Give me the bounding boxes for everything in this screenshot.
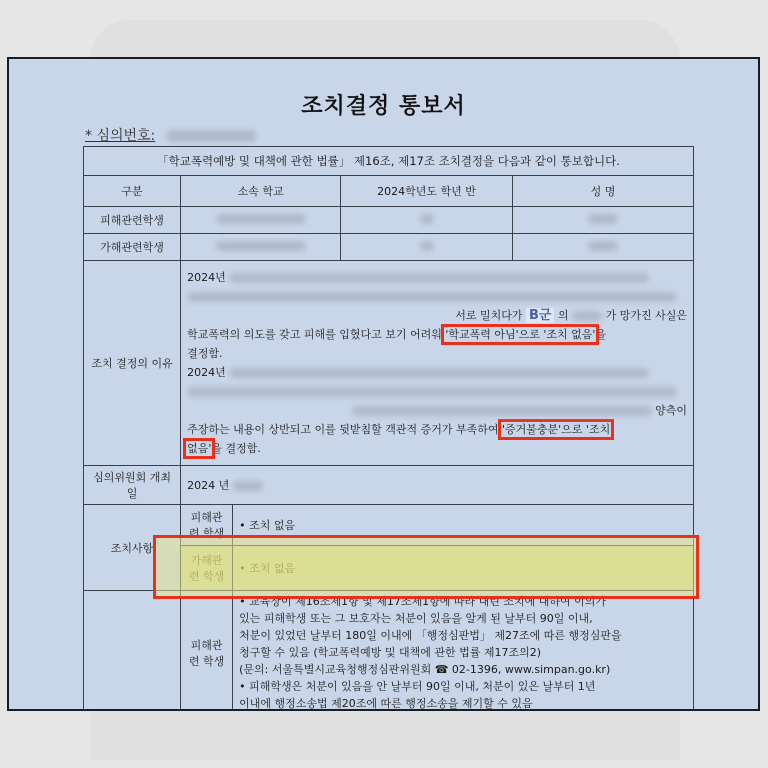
reason1-year: 2024년 <box>187 271 226 284</box>
case-number-label: * 심의번호: <box>85 128 155 144</box>
document-title: 조치결정 통보서 <box>9 89 758 120</box>
redacted-case-number <box>166 130 256 142</box>
appeal-line: 있는 피해학생 또는 그 보호자는 처분이 있음을 알게 된 날부터 90일 이… <box>239 610 687 627</box>
reason-label: 조치 결정의 이유 <box>84 261 181 466</box>
meeting-date: 2024 년 <box>187 479 229 492</box>
reason-text: 2024년 서로 밀치다가 B군 의 가 망가진 사실은 학교폭력의 의도를 갖… <box>181 261 694 466</box>
appeal-line: (문의: 서울특별시교육청행정심판위원회 ☎ 02-1396, www.simp… <box>239 661 687 678</box>
document-photo: 조치결정 통보서 * 심의번호: 「학교폭력예방 및 대책에 관한 법률」 제1… <box>7 57 760 711</box>
redacted-name <box>588 241 618 251</box>
row-offender-label: 가해관련학생 <box>84 234 181 261</box>
highlight-insufficient-evidence: '증거불충분'으로 '조치 <box>502 423 610 436</box>
reason2-text-3: 을 결정함. <box>211 442 261 455</box>
highlight-no-action: 없음' <box>187 442 211 455</box>
intro-text: 「학교폭력예방 및 대책에 관한 법률」 제16조, 제17조 조치결정을 다음… <box>84 147 694 176</box>
reason1-text-a: 서로 밀치다가 <box>455 309 522 322</box>
appeal-line: 이내에 행정소송법 제20조에 따른 행정소송을 제기할 수 있음 <box>239 695 687 711</box>
header-school: 소속 학교 <box>181 176 341 207</box>
header-name: 성 명 <box>513 176 694 207</box>
header-grade-class: 2024학년도 학년 반 <box>341 176 513 207</box>
redacted-date <box>233 481 263 491</box>
reason2-year: 2024년 <box>187 366 226 379</box>
header-category: 구분 <box>84 176 181 207</box>
reason2-text-a: 양측이 <box>655 404 687 417</box>
redacted-name <box>588 214 618 224</box>
reason1-text-2: 학교폭력의 의도를 갖고 피해를 입혔다고 보기 어려워 <box>187 328 442 341</box>
offender-measure-highlight <box>153 535 699 599</box>
appeal-notice: • 교육장이 제16조제1항 및 제17조제1항에 따라 내린 조치에 대하여 … <box>233 591 694 712</box>
appeal-line: 처분이 있었던 날부터 180일 이내에 「행정심판법」 제27조에 따른 행정… <box>239 627 687 644</box>
reason1-text-c: 가 망가진 사실은 <box>606 309 687 322</box>
highlight-not-violence: '학교폭력 아님'으로 '조치 없음' <box>445 328 595 341</box>
reason1-text-b: 의 <box>558 309 569 322</box>
reason1-text-3: 결정함. <box>187 344 687 363</box>
appeal-line: • 피해학생은 처분이 있음을 안 날부터 90일 이내, 처분이 있은 날부터… <box>239 678 687 695</box>
reason2-text-2: 주장하는 내용이 상반되고 이를 뒷받침할 객관적 증거가 부족하여 <box>187 423 498 436</box>
row-victim-label: 피해관련학생 <box>84 207 181 234</box>
meeting-label: 심의위원회 개최일 <box>84 466 181 505</box>
redacted-school <box>216 241 306 251</box>
appeal-label: 피해관련 학생 <box>181 591 233 712</box>
redacted-grade <box>420 214 434 224</box>
reason1-text-2-end: 을 <box>595 328 606 341</box>
case-number: * 심의번호: <box>85 125 256 145</box>
redacted-school <box>216 214 306 224</box>
redacted-grade <box>420 241 434 251</box>
student-marker: B군 <box>526 308 554 323</box>
appeal-line: 청구할 수 있음 (학교폭력예방 및 대책에 관한 법률 제17조의2) <box>239 644 687 661</box>
decision-table: 「학교폭력예방 및 대책에 관한 법률」 제16조, 제17조 조치결정을 다음… <box>83 146 694 711</box>
